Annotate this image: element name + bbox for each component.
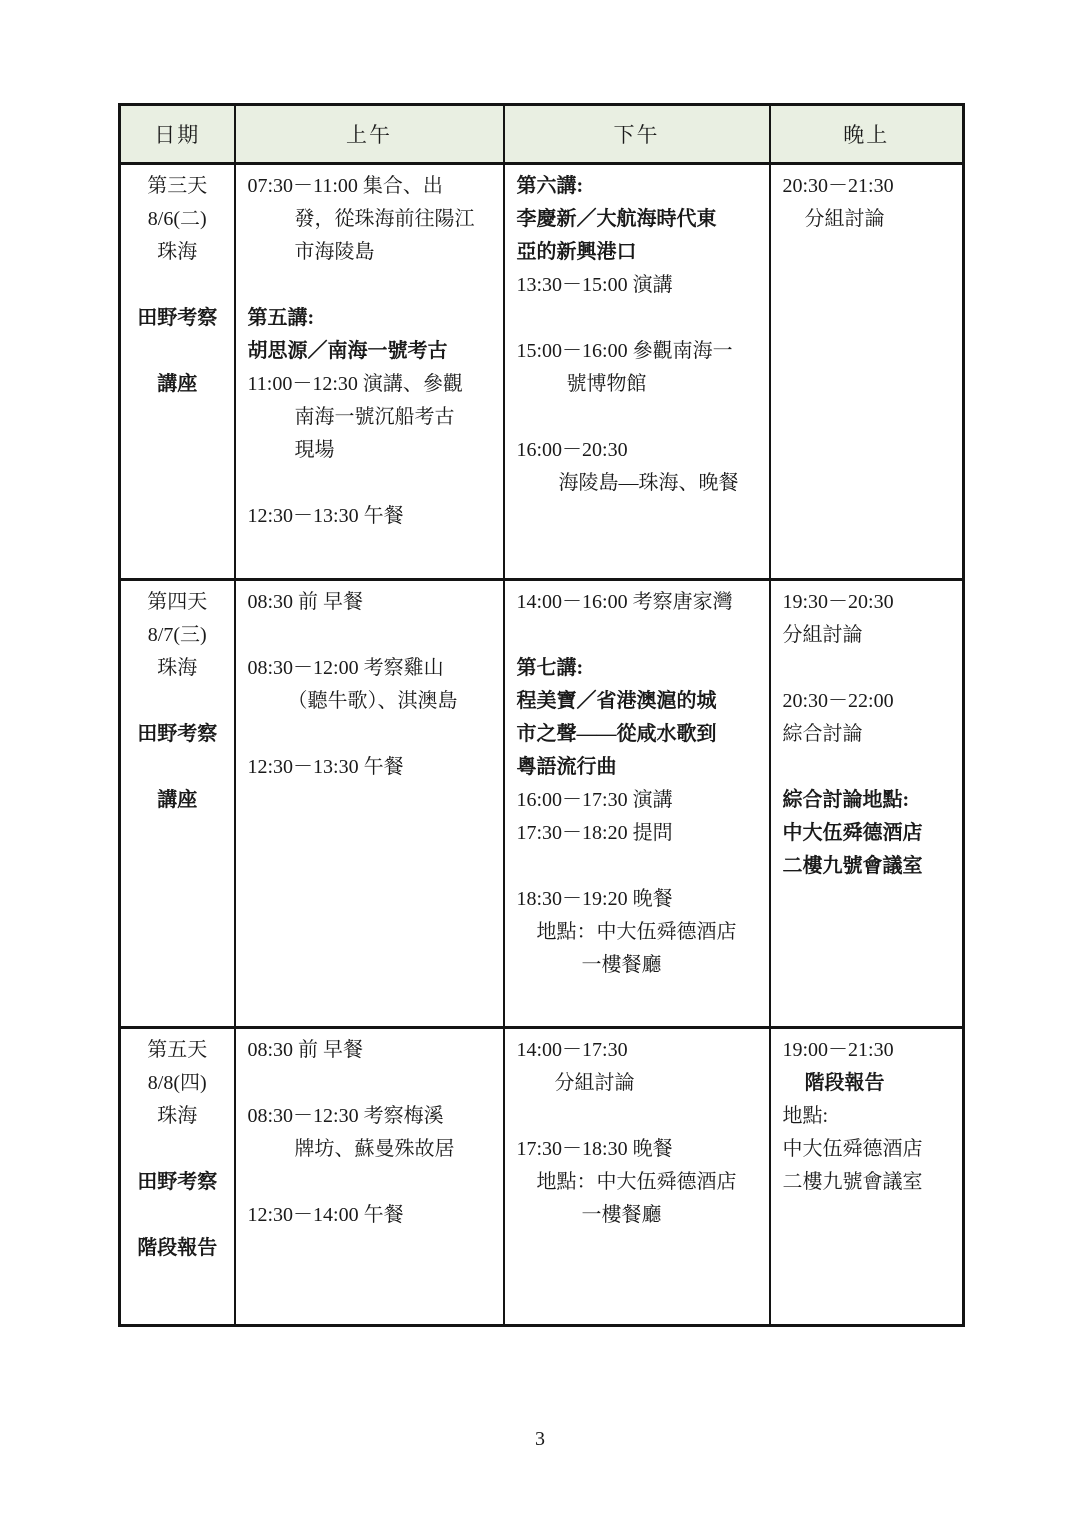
- schedule-line: [517, 401, 769, 434]
- schedule-line: [121, 685, 234, 718]
- schedule-line: 市之聲——從咸水歌到: [517, 718, 769, 751]
- cell-day5-afternoon: 14:00－17:30分組討論 17:30－18:30 晚餐地點：中大伍舜德酒店…: [504, 1028, 770, 1326]
- schedule-line: [121, 751, 234, 784]
- schedule-line: 發，從珠海前往陽江: [248, 203, 503, 236]
- schedule-line: 中大伍舜德酒店: [783, 817, 963, 850]
- schedule-line: 08:30 前 早餐: [248, 586, 503, 619]
- schedule-line: 18:30－19:20 晚餐: [517, 883, 769, 916]
- schedule-line: [517, 1100, 769, 1133]
- schedule-line: 一樓餐廳: [517, 1199, 769, 1232]
- schedule-line: 珠海: [121, 652, 234, 685]
- schedule-line: 珠海: [121, 236, 234, 269]
- schedule-line: 階段報告: [121, 1232, 234, 1265]
- schedule-line: 二樓九號會議室: [783, 1166, 963, 1199]
- schedule-line: 分組討論: [783, 619, 963, 652]
- cell-day4-afternoon: 14:00－16:00 考察唐家灣 第七講:程美寶／省港澳滬的城市之聲——從咸水…: [504, 580, 770, 1028]
- cell-day4-evening: 19:30－20:30分組討論 20:30－22:00綜合討論 綜合討論地點:中…: [770, 580, 964, 1028]
- schedule-line: 田野考察: [121, 1166, 234, 1199]
- schedule-line: 南海一號沉船考古: [248, 401, 503, 434]
- schedule-line: [783, 652, 963, 685]
- schedule-line: 粵語流行曲: [517, 751, 769, 784]
- schedule-line: [121, 1133, 234, 1166]
- schedule-line: 14:00－16:00 考察唐家灣: [517, 586, 769, 619]
- schedule-line: 16:00－17:30 演講: [517, 784, 769, 817]
- schedule-line: 08:30－12:00 考察雞山: [248, 652, 503, 685]
- header-cell-morning: 上午: [235, 105, 504, 164]
- schedule-line: 亞的新興港口: [517, 236, 769, 269]
- schedule-line: 08:30－12:30 考察梅溪: [248, 1100, 503, 1133]
- schedule-line: 田野考察: [121, 718, 234, 751]
- schedule-line: 階段報告: [783, 1067, 963, 1100]
- schedule-line: [248, 1166, 503, 1199]
- schedule-line: 20:30－21:30: [783, 170, 963, 203]
- cell-day3-date: 第三天8/6(二)珠海 田野考察 講座: [120, 164, 235, 580]
- table-row-day5: 第五天8/8(四)珠海 田野考察 階段報告 08:30 前 早餐 08:30－1…: [120, 1028, 964, 1326]
- schedule-line: [248, 718, 503, 751]
- schedule-line: 綜合討論地點:: [783, 784, 963, 817]
- cell-day3-evening: 20:30－21:30分組討論: [770, 164, 964, 580]
- schedule-table: 日期 上午 下午 晚上 第三天8/6(二)珠海 田野考察 講座 07:30－11…: [118, 103, 965, 1327]
- schedule-line: [517, 619, 769, 652]
- schedule-line: 牌坊、蘇曼殊故居: [248, 1133, 503, 1166]
- schedule-line: [121, 335, 234, 368]
- schedule-line: [248, 619, 503, 652]
- cell-day4-date: 第四天8/7(三)珠海 田野考察 講座: [120, 580, 235, 1028]
- schedule-line: 13:30－15:00 演講: [517, 269, 769, 302]
- schedule-line: 地點：中大伍舜德酒店: [517, 916, 769, 949]
- cell-day5-evening: 19:00－21:30階段報告地點:中大伍舜德酒店二樓九號會議室: [770, 1028, 964, 1326]
- schedule-line: [121, 1199, 234, 1232]
- schedule-line: 市海陵島: [248, 236, 503, 269]
- schedule-line: 講座: [121, 368, 234, 401]
- schedule-line: 地點:: [783, 1100, 963, 1133]
- schedule-line: 程美寶／省港澳滬的城: [517, 685, 769, 718]
- cell-day5-date: 第五天8/8(四)珠海 田野考察 階段報告: [120, 1028, 235, 1326]
- schedule-line: 分組討論: [517, 1067, 769, 1100]
- schedule-line: 8/7(三): [121, 619, 234, 652]
- schedule-line: 12:30－13:30 午餐: [248, 751, 503, 784]
- schedule-line: 講座: [121, 784, 234, 817]
- schedule-line: 珠海: [121, 1100, 234, 1133]
- schedule-line: 第五天: [121, 1034, 234, 1067]
- page-number: 3: [0, 1428, 1080, 1451]
- cell-day3-morning: 07:30－11:00 集合、出發，從珠海前往陽江市海陵島 第五講:胡思源／南海…: [235, 164, 504, 580]
- cell-day5-morning: 08:30 前 早餐 08:30－12:30 考察梅溪牌坊、蘇曼殊故居 12:3…: [235, 1028, 504, 1326]
- schedule-line: 綜合討論: [783, 718, 963, 751]
- schedule-line: 19:30－20:30: [783, 586, 963, 619]
- schedule-line: 第三天: [121, 170, 234, 203]
- schedule-line: （聽牛歌）、淇澳島: [248, 685, 503, 718]
- schedule-line: 海陵島—珠海、晚餐: [517, 467, 769, 500]
- schedule-line: 中大伍舜德酒店: [783, 1133, 963, 1166]
- schedule-line: [248, 269, 503, 302]
- schedule-line: 14:00－17:30: [517, 1034, 769, 1067]
- schedule-line: [248, 467, 503, 500]
- table-row-day3: 第三天8/6(二)珠海 田野考察 講座 07:30－11:00 集合、出發，從珠…: [120, 164, 964, 580]
- schedule-line: 12:30－14:00 午餐: [248, 1199, 503, 1232]
- schedule-line: 8/8(四): [121, 1067, 234, 1100]
- schedule-line: 15:00－16:00 參觀南海一: [517, 335, 769, 368]
- schedule-line: 現場: [248, 434, 503, 467]
- schedule-line: 第六講:: [517, 170, 769, 203]
- schedule-line: [517, 850, 769, 883]
- schedule-line: 16:00－20:30: [517, 434, 769, 467]
- schedule-line: 07:30－11:00 集合、出: [248, 170, 503, 203]
- schedule-line: 第四天: [121, 586, 234, 619]
- schedule-line: 19:00－21:30: [783, 1034, 963, 1067]
- cell-day4-morning: 08:30 前 早餐 08:30－12:00 考察雞山（聽牛歌）、淇澳島 12:…: [235, 580, 504, 1028]
- schedule-line: 田野考察: [121, 302, 234, 335]
- schedule-line: 第五講:: [248, 302, 503, 335]
- schedule-line: [248, 1067, 503, 1100]
- table-row-day4: 第四天8/7(三)珠海 田野考察 講座 08:30 前 早餐 08:30－12:…: [120, 580, 964, 1028]
- schedule-line: [783, 751, 963, 784]
- schedule-line: 號博物館: [517, 368, 769, 401]
- schedule-line: 分組討論: [783, 203, 963, 236]
- schedule-line: 地點：中大伍舜德酒店: [517, 1166, 769, 1199]
- schedule-line: 一樓餐廳: [517, 949, 769, 982]
- header-row: 日期 上午 下午 晚上: [120, 105, 964, 164]
- schedule-line: 17:30－18:30 晚餐: [517, 1133, 769, 1166]
- cell-day3-afternoon: 第六講:李慶新／大航海時代東亞的新興港口13:30－15:00 演講 15:00…: [504, 164, 770, 580]
- document-page: 日期 上午 下午 晚上 第三天8/6(二)珠海 田野考察 講座 07:30－11…: [0, 0, 1080, 1527]
- schedule-line: 11:00－12:30 演講、參觀: [248, 368, 503, 401]
- schedule-line: 胡思源／南海一號考古: [248, 335, 503, 368]
- header-cell-evening: 晚上: [770, 105, 964, 164]
- schedule-line: 12:30－13:30 午餐: [248, 500, 503, 533]
- schedule-line: 08:30 前 早餐: [248, 1034, 503, 1067]
- schedule-line: 李慶新／大航海時代東: [517, 203, 769, 236]
- header-cell-afternoon: 下午: [504, 105, 770, 164]
- header-cell-date: 日期: [120, 105, 235, 164]
- schedule-line: 20:30－22:00: [783, 685, 963, 718]
- schedule-line: [121, 269, 234, 302]
- schedule-line: [517, 302, 769, 335]
- schedule-line: 二樓九號會議室: [783, 850, 963, 883]
- schedule-line: 8/6(二): [121, 203, 234, 236]
- schedule-line: 17:30－18:20 提問: [517, 817, 769, 850]
- schedule-line: 第七講:: [517, 652, 769, 685]
